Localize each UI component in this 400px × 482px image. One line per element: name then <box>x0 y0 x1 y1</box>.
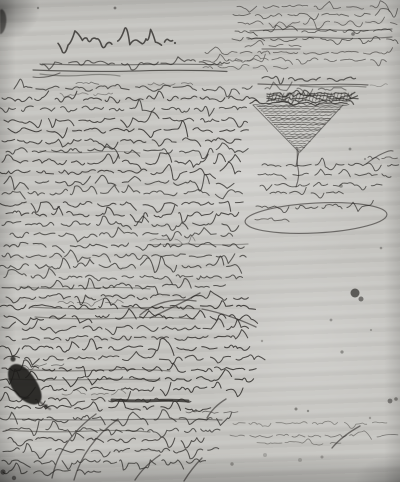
triangle-doodle <box>250 100 349 152</box>
title-handwriting <box>58 28 173 53</box>
body-text-lines <box>0 79 265 475</box>
subtitle-handwriting <box>40 57 230 70</box>
ink-layer <box>0 0 400 482</box>
ink-specks <box>0 7 397 481</box>
manuscript-page <box>0 0 400 482</box>
bottom-right-notes <box>230 421 398 445</box>
strikethrough-strokes <box>6 29 392 432</box>
circled-annotation <box>244 199 387 236</box>
ink-blot <box>0 9 50 409</box>
margin-note-block <box>258 156 399 198</box>
underline-strokes <box>33 49 368 87</box>
